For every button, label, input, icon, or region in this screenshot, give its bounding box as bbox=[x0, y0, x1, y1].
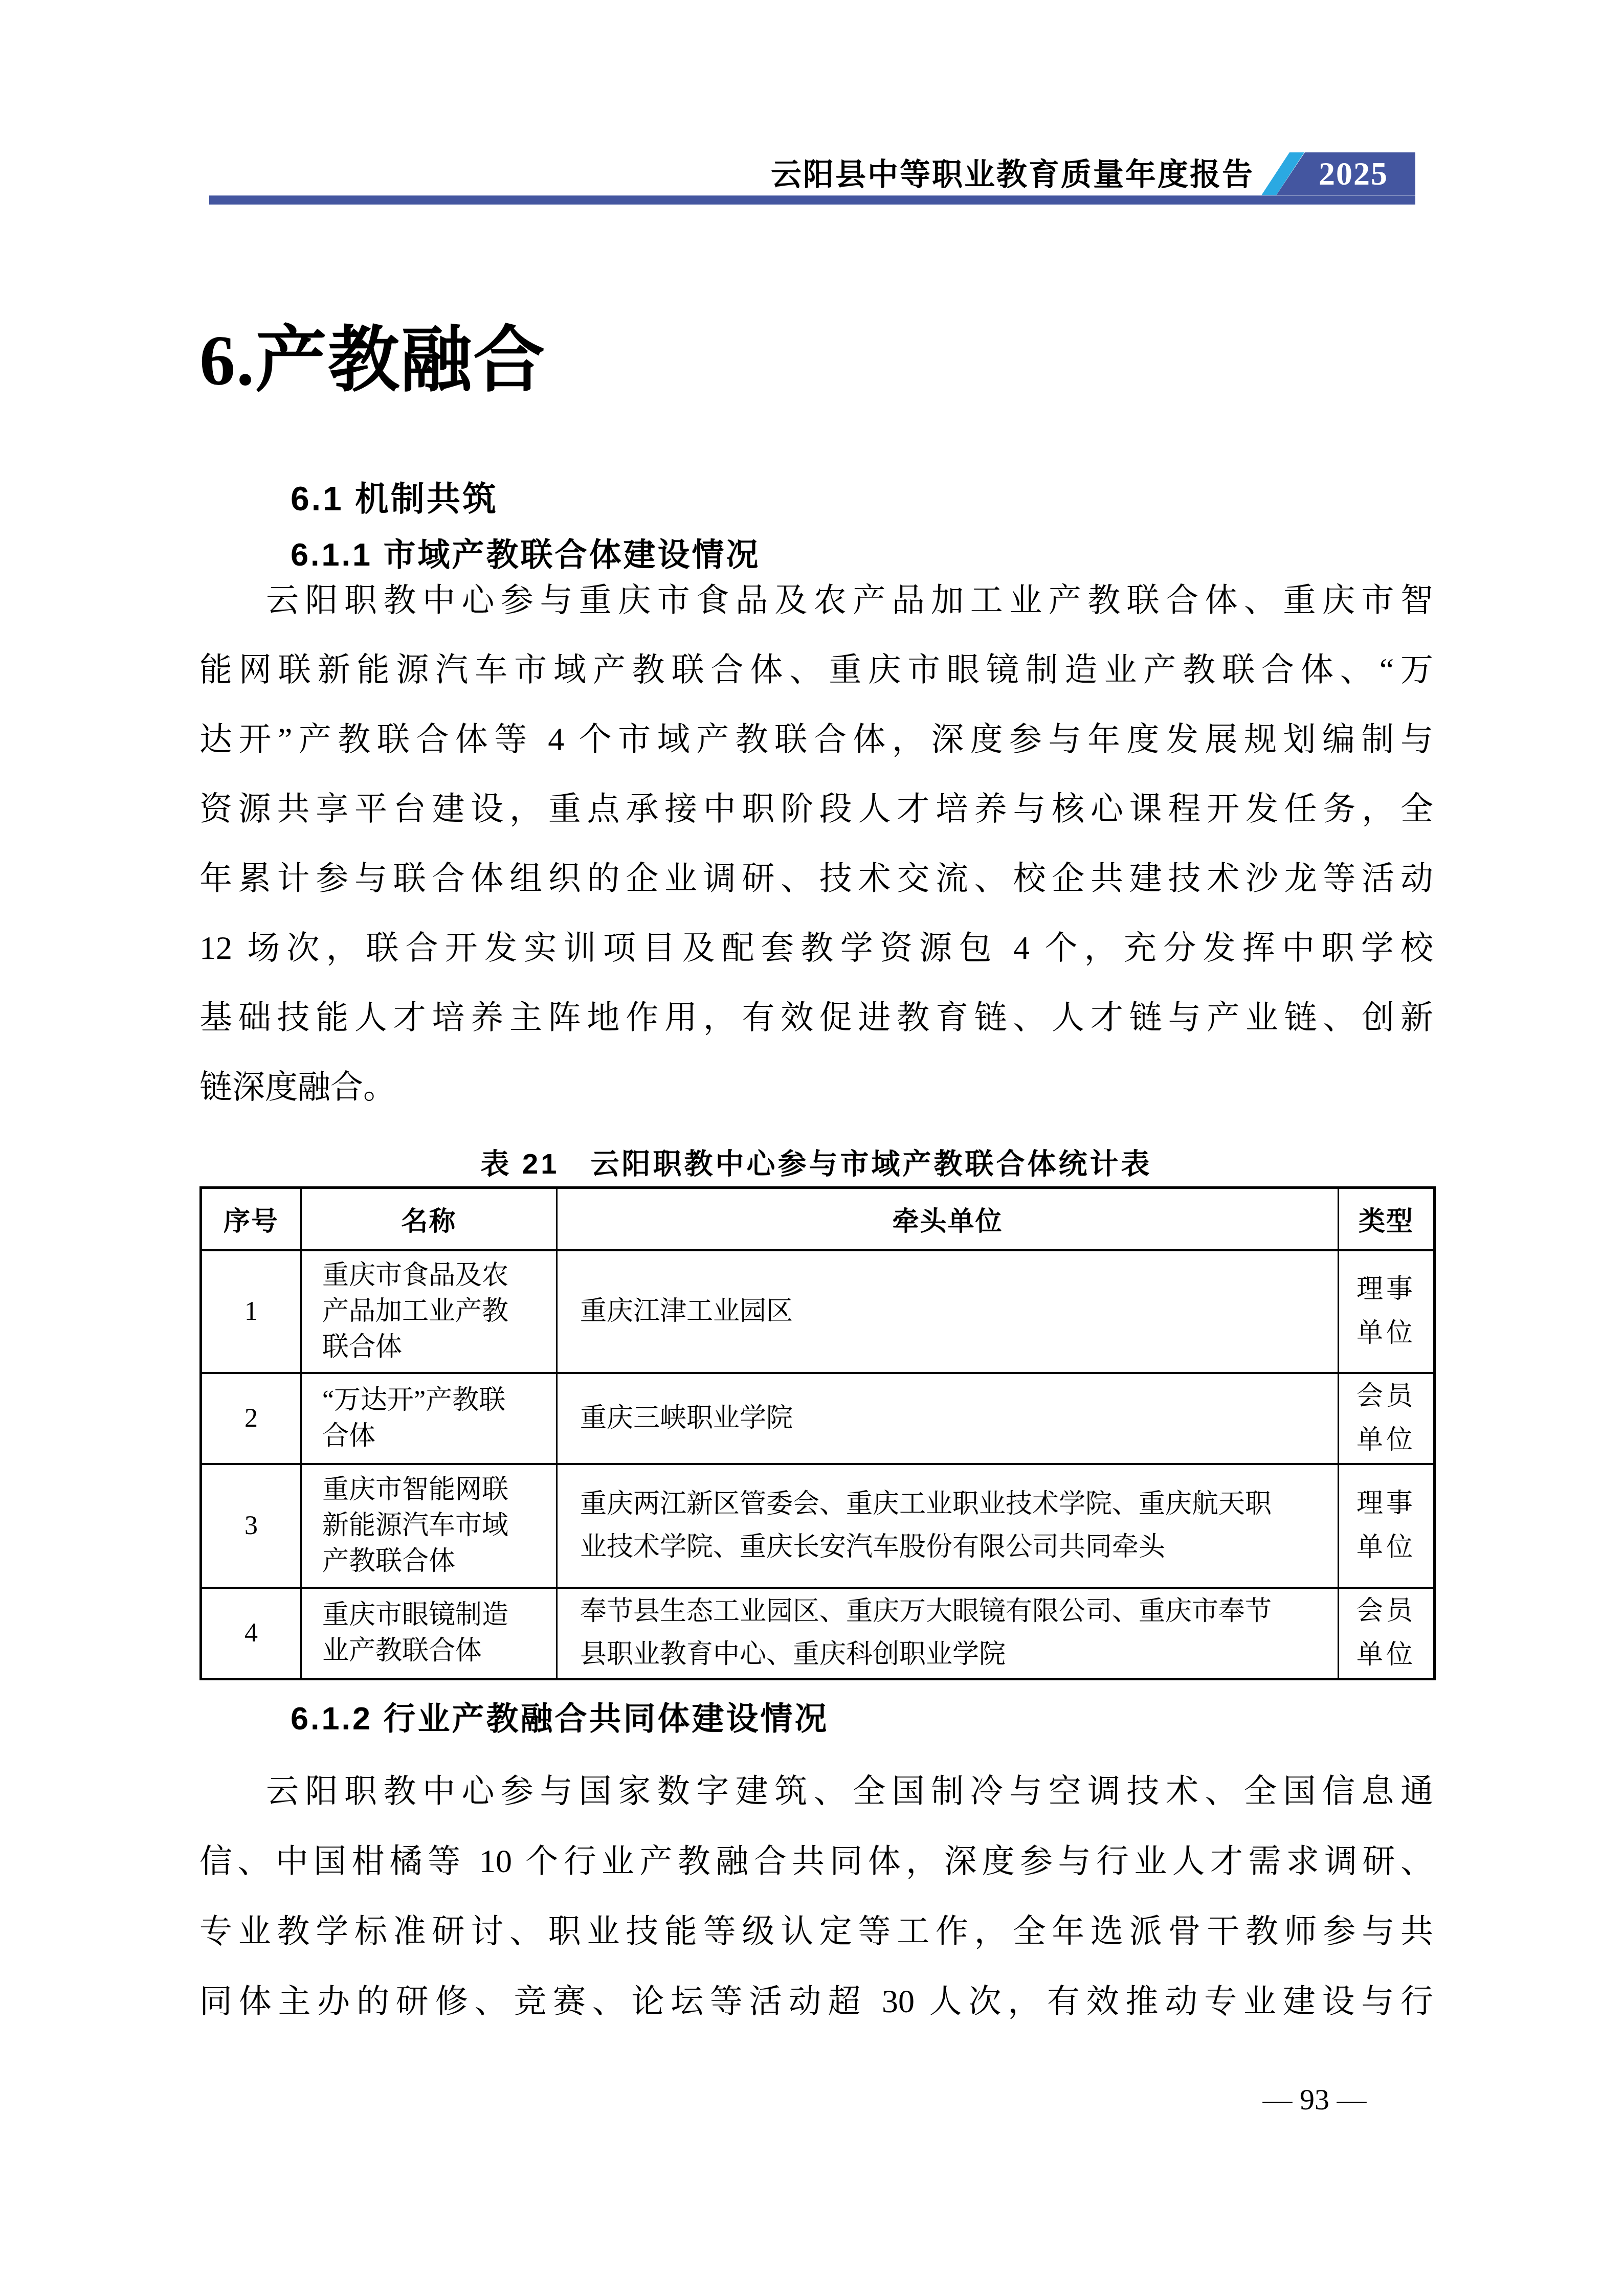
cell-name: 重庆市眼镜制造 业产教联合体 bbox=[301, 1588, 557, 1679]
table-row: 4重庆市眼镜制造 业产教联合体奉节县生态工业园区、重庆万大眼镜有限公司、重庆市奉… bbox=[201, 1588, 1435, 1679]
paragraph-6-1-1: 云阳职教中心参与重庆市食品及农产品加工业产教联合体、重庆市智能网联新能源汽车市域… bbox=[199, 566, 1433, 1122]
paragraph-line: 云阳职教中心参与重庆市食品及农产品加工业产教联合体、重庆市智 bbox=[199, 566, 1433, 635]
paragraph-6-1-2: 云阳职教中心参与国家数字建筑、全国制冷与空调技术、全国信息通信、中国柑橘等 10… bbox=[199, 1756, 1433, 2036]
cell-type: 会员 单位 bbox=[1339, 1588, 1435, 1679]
cell-type: 理事 单位 bbox=[1339, 1250, 1435, 1373]
paragraph-line: 能网联新能源汽车市域产教联合体、重庆市眼镜制造业产教联合体、“万 bbox=[199, 635, 1433, 705]
section-heading-6-1-2: 6.1.2 行业产教融合共同体建设情况 bbox=[291, 1693, 829, 1739]
table-header-row: 序号 名称 牵头单位 类型 bbox=[201, 1188, 1435, 1250]
header-accent-bar bbox=[209, 195, 1415, 205]
column-header-name: 名称 bbox=[301, 1188, 557, 1250]
page-number: — 93 — bbox=[1217, 2082, 1412, 2117]
cell-no: 4 bbox=[201, 1588, 301, 1679]
chapter-title: 6.产教融合 bbox=[199, 303, 546, 406]
paragraph-line: 信、中国柑橘等 10 个行业产教融合共同体，深度参与行业人才需求调研、 bbox=[199, 1826, 1433, 1896]
cell-name: 重庆市食品及农 产品加工业产教 联合体 bbox=[301, 1250, 557, 1373]
column-header-lead: 牵头单位 bbox=[557, 1188, 1339, 1250]
table-row: 3重庆市智能网联 新能源汽车市域 产教联合体重庆两江新区管委会、重庆工业职业技术… bbox=[201, 1464, 1435, 1588]
paragraph-line: 12 场次，联合开发实训项目及配套教学资源包 4 个，充分发挥中职学校 bbox=[199, 913, 1433, 983]
column-header-type: 类型 bbox=[1339, 1188, 1435, 1250]
section-heading-6-1: 6.1 机制共筑 bbox=[291, 471, 498, 520]
paragraph-line: 链深度融合。 bbox=[199, 1052, 1433, 1122]
column-header-no: 序号 bbox=[201, 1188, 301, 1250]
cell-no: 3 bbox=[201, 1464, 301, 1588]
paragraph-line: 专业教学标准研讨、职业技能等级认定等工作，全年选派骨干教师参与共 bbox=[199, 1896, 1433, 1966]
paragraph-line: 达开”产教联合体等 4 个市域产教联合体，深度参与年度发展规划编制与 bbox=[199, 705, 1433, 774]
table-row: 2“万达开”产教联 合体重庆三峡职业学院会员 单位 bbox=[201, 1373, 1435, 1464]
paragraph-line: 年累计参与联合体组织的企业调研、技术交流、校企共建技术沙龙等活动 bbox=[199, 844, 1433, 913]
paragraph-line: 同体主办的研修、竞赛、论坛等活动超 30 人次，有效推动专业建设与行 bbox=[199, 1966, 1433, 2036]
cell-type: 理事 单位 bbox=[1339, 1464, 1435, 1588]
year-badge-label: 2025 bbox=[1303, 155, 1388, 193]
cell-lead: 重庆三峡职业学院 bbox=[557, 1373, 1339, 1464]
cell-lead: 重庆两江新区管委会、重庆工业职业技术学院、重庆航天职 业技术学院、重庆长安汽车股… bbox=[557, 1464, 1339, 1588]
document-page: 云阳县中等职业教育质量年度报告 2025 6.产教融合 6.1 机制共筑 6.1… bbox=[0, 0, 1624, 2296]
table-row: 1重庆市食品及农 产品加工业产教 联合体重庆江津工业园区理事 单位 bbox=[201, 1250, 1435, 1373]
cell-name: 重庆市智能网联 新能源汽车市域 产教联合体 bbox=[301, 1464, 557, 1588]
paragraph-line: 资源共享平台建设，重点承接中职阶段人才培养与核心课程开发任务，全 bbox=[199, 774, 1433, 844]
joint-body-statistics-table: 序号 名称 牵头单位 类型 1重庆市食品及农 产品加工业产教 联合体重庆江津工业… bbox=[199, 1186, 1436, 1680]
table-21-caption: 表 21 云阳职教中心参与市域产教联合体统计表 bbox=[199, 1141, 1433, 1182]
table-body: 1重庆市食品及农 产品加工业产教 联合体重庆江津工业园区理事 单位2“万达开”产… bbox=[201, 1250, 1435, 1679]
cell-type: 会员 单位 bbox=[1339, 1373, 1435, 1464]
report-header-title: 云阳县中等职业教育质量年度报告 bbox=[771, 150, 1254, 194]
cell-no: 1 bbox=[201, 1250, 301, 1373]
cell-name: “万达开”产教联 合体 bbox=[301, 1373, 557, 1464]
cell-lead: 奉节县生态工业园区、重庆万大眼镜有限公司、重庆市奉节 县职业教育中心、重庆科创职… bbox=[557, 1588, 1339, 1679]
cell-lead: 重庆江津工业园区 bbox=[557, 1250, 1339, 1373]
paragraph-line: 云阳职教中心参与国家数字建筑、全国制冷与空调技术、全国信息通 bbox=[199, 1756, 1433, 1826]
cell-no: 2 bbox=[201, 1373, 301, 1464]
paragraph-line: 基础技能人才培养主阵地作用，有效促进教育链、人才链与产业链、创新 bbox=[199, 983, 1433, 1052]
